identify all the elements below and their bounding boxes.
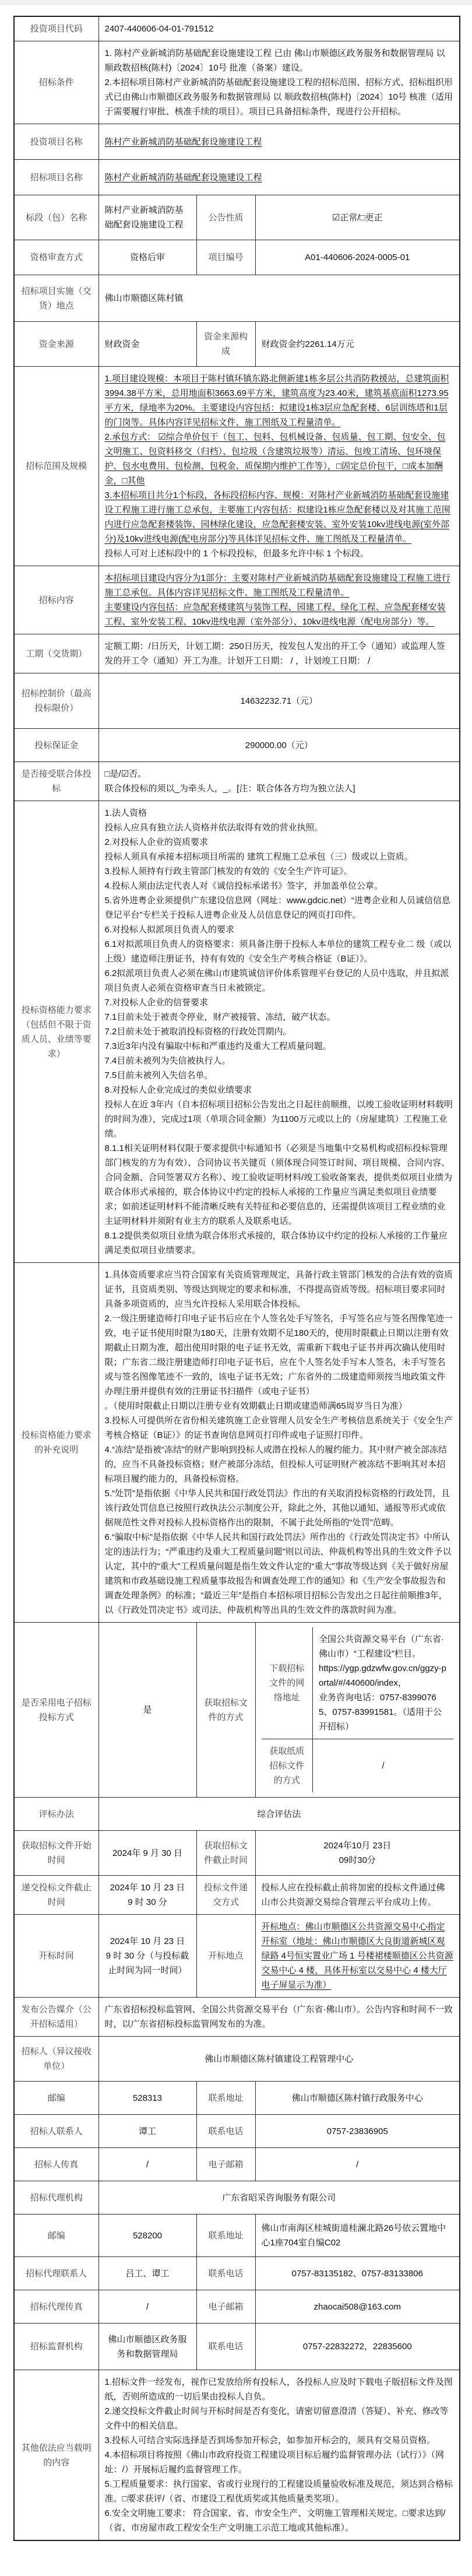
cell-text: 投标人须具有承接本招标项目所需的 建筑工程施工总承包（三）级或以上资质。 (105, 850, 454, 864)
value-tenderer-contact-person-2: 0757-23836905 (255, 2115, 460, 2148)
cell-text: 投标人应具有独立法人资格并依法取得有效的营业执照。 (105, 820, 454, 835)
cell-text: 5.省外进粤企业须提供广东建设信息网（网址：www.gdcic.net）“进粤企… (105, 893, 454, 922)
row-other-required-contents: 其他依法应当载明的内容1.招标文件一经发布，视作已发放给所有投标人，各投标人应及… (14, 2370, 460, 2541)
cell-text: ☑正常/□更正 (262, 210, 454, 225)
row-investment-project-code: 投资项目代码2407-440606-04-01-791512 (14, 16, 460, 41)
cell-text: 佛山市顺德区政务服务和数据管理局 (105, 2332, 191, 2361)
value-funding-source-2: 财政资金约2261.14万元 (255, 322, 460, 367)
cell-text: 投标人应在投标截止前将加密的投标文件通过佛山市公共资源交易综合管理云平台成功上传… (262, 1880, 454, 1910)
value-qualification-review-method-2: A01-440606-2024-0005-01 (255, 240, 460, 275)
row-agency-contact-person: 招标代理联系人吕工、谭工联系电话0757-83135182、0757-83133… (14, 2257, 460, 2290)
cell-text: 14632232.71（元） (105, 694, 454, 708)
row-tender-conditions: 招标条件1. 陈村产业新城消防基础配套设施建设工程 已由 佛山市顺德区政务服务和… (14, 41, 460, 124)
value-investment-project-code: 2407-440606-04-01-791512 (98, 16, 460, 41)
row-tenderer: 招标人（异议接收单位）佛山市顺德区陈村镇建设工程管理中心 (14, 2037, 460, 2082)
value-tenderer-contact-person: 谭工 (98, 2115, 196, 2148)
label-tender-supervision-authority: 招标监督机构 (14, 2324, 98, 2370)
label-qualification-review-method: 资格审查方式 (14, 240, 98, 275)
row-section-package-name: 标段（包）名称陈村产业新城消防基础配套设施建设工程公告性质☑正常/□更正 (14, 195, 460, 240)
label-electronic-bidding-2: 获取招标文件的方式 (196, 1623, 255, 1798)
cell-text: 财政资金 (105, 337, 191, 352)
cell-text: 528200 (105, 2228, 191, 2243)
label-section-package-name: 标段（包）名称 (14, 195, 98, 240)
label-tenderer-fax-2: 电子邮箱 (196, 2148, 255, 2181)
label-tenderer-postcode-2: 联系地址 (196, 2082, 255, 2115)
row-tenderer-contact-person: 招标人联系人谭工联系电话0757-23836905 (14, 2115, 460, 2148)
label-agency-postcode-2: 联系地址 (196, 2214, 255, 2257)
label-electronic-bidding: 是否采用电子招标投标方式 (14, 1623, 98, 1798)
label-tenderer-fax: 招标人传真 (14, 2148, 98, 2181)
cell-text: 1.具体资质要求应当符合国家有关资质管理规定，具备行政主管部门核发的合法有效的资… (105, 1268, 454, 1311)
value-bid-opening-time-2: 开标地点：佛山市顺德区公共资源交易中心指定开标室（地址：佛山市顺德区大良街道新城… (255, 1915, 460, 1998)
label-bid-submission-deadline-2: 投标文件递交方式 (196, 1876, 255, 1915)
label-tender-supervision-authority-2: 联系电话 (196, 2324, 255, 2370)
value-construction-period: 定额工期：/日历天，计划工期：250日历天，按发包人发出的开工令（通知）或监理人… (98, 634, 460, 673)
cell-text: 佛山市顺德区陈村镇 (105, 291, 454, 306)
row-agency-postcode: 邮编528200联系地址佛山市南海区桂城街道桂澜北路26号依云置地中心1座704… (14, 2214, 460, 2257)
cell-text: 1. 陈村产业新城消防基础配套设施建设工程 已由 佛山市顺德区政务服务和数据管理… (105, 46, 454, 75)
cell-text: 陈村产业新城消防基础配套设施建设工程 (105, 135, 454, 149)
cell-text: 0757-23836905 (262, 2124, 454, 2139)
cell-text: 。（使用时限截止日期以注册专业有效期截止日期或建造师满65周岁当日为准） (105, 1399, 454, 1413)
value-evaluation-method: 综合评估法 (98, 1798, 460, 1831)
cell-text: / (319, 1759, 448, 1773)
value-agency-postcode-2: 佛山市南海区桂城街道桂澜北路26号依云置地中心1座704室自编C02 (255, 2214, 460, 2257)
value-tender-scope-and-scale: 1.项目建设规模：本项目于陈村镇环镇东路北侧新建1栋多层公共消防救援站，总建筑面… (98, 367, 460, 566)
row-tender-content: 招标内容本招标项目建设内容分为1部分：主要对陈村产业新城消防基础配套设施建设工程… (14, 566, 460, 634)
cell-text: 3.投标人可提供所在省份相关建筑施工企业管理人员安全生产考核信息系统关于《安全生… (105, 1413, 454, 1443)
row-implementation-place: 招标项目实施（交货）地点佛山市顺德区陈村镇 (14, 275, 460, 322)
cell-text: 联合体投标的须以_为牵头人，_。[注：联合体各方均为独立法人] (105, 781, 454, 796)
value-investment-project-name: 陈村产业新城消防基础配套设施建设工程 (98, 124, 460, 160)
value-tenderer-fax: / (98, 2148, 196, 2181)
cell-text: 2.承包方式： ☑综合单价包干（包工、包料、包机械设备、包质量、包工期、包安全、… (105, 430, 454, 488)
cell-text: 1.项目建设规模：本项目于陈村镇环镇东路北侧新建1栋多层公共消防救援站，总建筑面… (105, 371, 454, 430)
row-bid-submission-deadline: 递交投标文件截止时间2024年 10 月 23 日9 时 30 分投标文件递交方… (14, 1876, 460, 1915)
label-investment-project-code: 投资项目代码 (14, 16, 98, 41)
cell-text: 2024年 10 月 23 日 (105, 1934, 191, 1949)
cell-text: 广东省招标投标监管网、全国公共资源交易平台（广东省·佛山市）。公告内容和时间不一… (105, 2002, 454, 2031)
row-investment-project-name: 投资项目名称陈村产业新城消防基础配套设施建设工程 (14, 124, 460, 160)
value-tender-supervision-authority: 佛山市顺德区政务服务和数据管理局 (98, 2324, 196, 2370)
cell-text: 投标人在近 3年内（自本招标项目招标公告发出之日起往前顺推，以竣工验收证明材料载… (105, 1097, 454, 1141)
value-paper-document-method: / (313, 1739, 454, 1793)
label-agency-contact-person-2: 联系电话 (196, 2257, 255, 2290)
cell-text: 6.2拟派项目负责人必须在佛山市建筑诚信评价体系管理平台登记的人员中选取，并且拟… (105, 966, 454, 995)
cell-text: 528313 (105, 2091, 191, 2105)
label-tenderer-contact-person: 招标人联系人 (14, 2115, 98, 2148)
cell-text: 业务咨询电话：0757-83990765、0757-83991581。（适用于公… (319, 1690, 448, 1734)
row-evaluation-method: 评标办法综合评估法 (14, 1798, 460, 1831)
announcement-table: 投资项目代码2407-440606-04-01-791512招标条件1. 陈村产… (13, 16, 460, 2541)
cell-text: 6.安全文明施工要求： 符合国家、省、市安全生产、文明施工管理相关规定。□要求达… (105, 2506, 454, 2535)
cell-text: 9 时 30 分 (105, 1895, 191, 1910)
label-tenderer-contact-person-2: 联系电话 (196, 2115, 255, 2148)
row-bid-opening-time: 开标时间2024年 10 月 23 日9 时 30 分（与投标截止时间为同一时间… (14, 1915, 460, 1998)
value-electronic-bidding: 是 (98, 1623, 196, 1798)
label-bid-submission-deadline: 递交投标文件截止时间 (14, 1876, 98, 1915)
value-agency-contact-person: 吕工、谭工 (98, 2257, 196, 2290)
cell-text: 2024年10月 23日 (262, 1838, 454, 1853)
value-tender-conditions: 1. 陈村产业新城消防基础配套设施建设工程 已由 佛山市顺德区政务服务和数据管理… (98, 41, 460, 124)
cell-text: 佛山市顺德区陈村镇建设工程管理中心 (105, 2052, 454, 2066)
row-electronic-bidding: 是否采用电子招标投标方式是获取招标文件的方式下载招标文件的网络地址全国公共资源交… (14, 1623, 460, 1798)
announcement-table-body: 投资项目代码2407-440606-04-01-791512招标条件1. 陈村产… (14, 16, 460, 2540)
value-tender-agency: 广东省昭采咨询服务有限公司 (98, 2181, 460, 2214)
cell-text: 2.一级注册建造师打印电子证书后应在个人签名处手写签名，手写签名应与签名图像笔迹… (105, 1311, 454, 1399)
row-tender-agency: 招标代理机构广东省昭采咨询服务有限公司 (14, 2181, 460, 2214)
cell-text: 综合评估法 (105, 1807, 454, 1822)
cell-text: 8.1.2提供类似项目业绩为联合体形式承接的，联合体协议中约定的投标人承接的工作… (105, 1229, 454, 1258)
label-tender-content: 招标内容 (14, 566, 98, 634)
label-agency-fax-2: 电子邮箱 (196, 2290, 255, 2324)
cell-text: 陈村产业新城消防基础配套设施建设工程 (105, 170, 454, 185)
row-announcement-media: 发布公告媒介（公开招标适用）广东省招标投标监管网、全国公共资源交易平台（广东省·… (14, 1998, 460, 2037)
cell-text: 本招标项目建设内容分为1部分：主要对陈村产业新城消防基础配套设施建设工程施工进行… (105, 571, 454, 600)
label-document-obtain-start-time: 获取招标文件开始时间 (14, 1831, 98, 1876)
cell-text: 开标地点：佛山市顺德区公共资源交易中心指定开标室（地址：佛山市顺德区大良街道新城… (262, 1919, 454, 1992)
cell-text: 7.5目前未被列入失信名单。 (105, 1068, 454, 1083)
value-implementation-place: 佛山市顺德区陈村镇 (98, 275, 460, 322)
cell-text: 广东省昭采咨询服务有限公司 (105, 2191, 454, 2205)
row-tender-project-name: 招标项目名称陈村产业新城消防基础配套设施建设工程 (14, 160, 460, 195)
cell-text: 定额工期：/日历天，计划工期：250日历天，按发包人发出的开工令（通知）或监理人… (105, 639, 454, 668)
value-section-package-name-2: ☑正常/□更正 (255, 195, 460, 240)
row-bid-bond: 投标保证金290000.00（元） (14, 729, 460, 762)
value-bidder-qualification-requirements: 1.法人资格投标人应具有独立法人资格并依法取得有效的营业执照。2.对投标人企业的… (98, 801, 460, 1263)
label-announcement-media: 发布公告媒介（公开招标适用） (14, 1998, 98, 2037)
cell-text: □是/☑否。 (105, 767, 454, 781)
label-agency-fax: 招标代理传真 (14, 2290, 98, 2324)
row-paper-document-method: 获取纸质招标文件的方式/ (262, 1739, 454, 1793)
cell-text: A01-440606-2024-0005-01 (262, 250, 454, 265)
label-funding-source: 资金来源 (14, 322, 98, 367)
value-agency-postcode: 528200 (98, 2214, 196, 2257)
cell-text: 1.招标文件一经发布，视作已发放给所有投标人，各投标人应及时下载电子版招标文件及… (105, 2375, 454, 2404)
row-tender-scope-and-scale: 招标范围及规模1.项目建设规模：本项目于陈村镇环镇东路北侧新建1栋多层公共消防救… (14, 367, 460, 566)
cell-text: 9 时 30 分（与投标截 (105, 1949, 191, 1963)
cell-text: 财政资金约2261.14万元 (262, 337, 454, 352)
cell-text: 2024年 10 月 23 日 (105, 1880, 191, 1895)
label-bid-opening-time: 开标时间 (14, 1915, 98, 1998)
cell-text: 5.“处罚”是指依据《中华人民共和国行政处罚法》作出的有关取消投标资格的行政处罚… (105, 1486, 454, 1530)
value-document-obtain-start-time-2: 2024年10月 23日09时30分 (255, 1831, 460, 1876)
cell-text: 3.本招标项目共分1个标段，各标段招标内容、规模：对陈村产业新城消防基础配套设施… (105, 488, 454, 546)
cell-text: 2.本招标项目陈村产业新城消防基础配套设施建设工程的招标范围、招标方式、招标组织… (105, 75, 454, 119)
label-tender-conditions: 招标条件 (14, 41, 98, 124)
label-tender-agency: 招标代理机构 (14, 2181, 98, 2214)
label-tenderer: 招标人（异议接收单位） (14, 2037, 98, 2082)
cell-text: zhaocai508@163.com (262, 2300, 454, 2314)
label-agency-postcode: 邮编 (14, 2214, 98, 2257)
value-download-address: 全国公共资源交易平台（广东省·佛山市）“工程建设”栏目。https://ygp.… (313, 1627, 454, 1739)
label-tender-project-name: 招标项目名称 (14, 160, 98, 195)
label-construction-period: 工期（交货期） (14, 634, 98, 673)
row-agency-fax: 招标代理传真/电子邮箱zhaocai508@163.com (14, 2290, 460, 2324)
cell-text: 2.递交投标文件截止时间与开标时间是否有变化，请密切留意澄清（答疑）、补充、修改… (105, 2404, 454, 2433)
row-consortium-bidding: 是否接受联合体投标□是/☑否。联合体投标的须以_为牵头人，_。[注：联合体各方均… (14, 762, 460, 801)
value-funding-source: 财政资金 (98, 322, 196, 367)
cell-text: 8.1.1相关证明材料仅限于要求提供中标通知书（必须是当地集中交易机构或招标投标… (105, 1141, 454, 1229)
cell-text: 4.“冻结”是指被“冻结”的财产影响到投标人或潜在投标人的履约能力。其中财产被全… (105, 1443, 454, 1486)
page-top-strip (0, 0, 472, 5)
cell-text: 佛山市南海区桂城街道桂澜北路26号依云置地中心1座704室自编C02 (262, 2221, 454, 2250)
label-bidder-qualification-requirements: 投标资格能力要求（包括但不限于资质人员、业绩等要求） (14, 801, 98, 1263)
label-paper-document-method: 获取纸质招标文件的方式 (262, 1739, 313, 1793)
value-tender-content: 本招标项目建设内容分为1部分：主要对陈村产业新城消防基础配套设施建设工程施工进行… (98, 566, 460, 634)
value-consortium-bidding: □是/☑否。联合体投标的须以_为牵头人，_。[注：联合体各方均为独立法人] (98, 762, 460, 801)
value-document-obtain-start-time: 2024年 9 月 30 日 (98, 1831, 196, 1876)
label-tender-control-price: 招标控制价（最高投标限价） (14, 673, 98, 729)
label-bid-opening-time-2: 开标地点 (196, 1915, 255, 1998)
cell-text: 7.4目前未被列为失信被执行人。 (105, 1054, 454, 1068)
label-bid-bond: 投标保证金 (14, 729, 98, 762)
cell-text: 资格后审 (105, 250, 191, 265)
value-tenderer-postcode-2: 佛山市顺德区陈村镇行政服务中心 (255, 2082, 460, 2115)
cell-text: 7.3近3年内没有骗取中标和严重违约及重大工程质量问题。 (105, 1039, 454, 1054)
cell-text: 5.工程质量要求：执行国家、省或行业现行的工程建设质量验收标准及规范，须达到合格… (105, 2477, 454, 2506)
cell-text: 0757-83135182、0757-83133806 (262, 2266, 454, 2281)
nested-electronic-bidding: 下载招标文件的网络地址全国公共资源交易平台（广东省·佛山市）“工程建设”栏目。h… (255, 1623, 460, 1798)
cell-text: 6.1对拟派项目负责人的资格要求：须具备注册于投标人本单位的建筑工程专业二 级（… (105, 937, 454, 966)
label-other-required-contents: 其他依法应当载明的内容 (14, 2370, 98, 2541)
value-tender-control-price: 14632232.71（元） (98, 673, 460, 729)
value-qualification-review-method: 资格后审 (98, 240, 196, 275)
cell-text: 09时30分 (262, 1853, 454, 1868)
value-agency-fax-2: zhaocai508@163.com (255, 2290, 460, 2324)
cell-text: 7.对投标人企业的信誉要求 (105, 995, 454, 1010)
label-document-obtain-start-time-2: 获取招标文件截止时间 (196, 1831, 255, 1876)
cell-text: 7.1目前未处于被责令停业，财产被接管、冻结，破产状态。 (105, 1010, 454, 1024)
cell-text: 主要建设内容包括：应急配套楼建筑与装饰工程、园建工程、绿化工程、应急配套楼安装工… (105, 600, 454, 629)
label-evaluation-method: 评标办法 (14, 1798, 98, 1831)
cell-text: 佛山市顺德区陈村镇行政服务中心 (262, 2091, 454, 2105)
label-qualification-review-method-2: 项目编号 (196, 240, 255, 275)
cell-text: 4.本招标项目将按照《佛山市政府投资工程建设项目标后履约监督管理办法（试行）》（… (105, 2448, 454, 2477)
inner-table-electronic-bidding: 下载招标文件的网络地址全国公共资源交易平台（广东省·佛山市）“工程建设”栏目。h… (262, 1627, 454, 1792)
row-tenderer-postcode: 邮编528313联系地址佛山市顺德区陈村镇行政服务中心 (14, 2082, 460, 2115)
cell-text: 谭工 (105, 2124, 191, 2139)
cell-text: 是 (105, 1703, 191, 1717)
cell-text: 2407-440606-04-01-791512 (105, 22, 454, 36)
value-agency-fax: / (98, 2290, 196, 2324)
cell-text: 吕工、谭工 (105, 2266, 191, 2281)
value-tenderer-postcode: 528313 (98, 2082, 196, 2115)
row-tender-control-price: 招标控制价（最高投标限价）14632232.71（元） (14, 673, 460, 729)
cell-text: 止时间为同一时间） (105, 1963, 191, 1978)
value-agency-contact-person-2: 0757-83135182、0757-83133806 (255, 2257, 460, 2290)
cell-text: 2.对投标人企业的资质要求 (105, 835, 454, 850)
row-construction-period: 工期（交货期）定额工期：/日历天，计划工期：250日历天，按发包人发出的开工令（… (14, 634, 460, 673)
label-download-address: 下载招标文件的网络地址 (262, 1627, 313, 1739)
label-section-package-name-2: 公告性质 (196, 195, 255, 240)
row-document-obtain-start-time: 获取招标文件开始时间2024年 9 月 30 日获取招标文件截止时间2024年1… (14, 1831, 460, 1876)
label-funding-source-2: 资金来源构成 (196, 322, 255, 367)
label-implementation-place: 招标项目实施（交货）地点 (14, 275, 98, 322)
cell-text: 7.2目前未处于被取消投标资格的行政处罚期内。 (105, 1024, 454, 1039)
label-tenderer-postcode: 邮编 (14, 2082, 98, 2115)
cell-text: 投标人可对上述标段中的 1 个标段投标，但最多允许中标 1 个标段。 (105, 546, 454, 561)
row-qualification-review-method: 资格审查方式资格后审项目编号A01-440606-2024-0005-01 (14, 240, 460, 275)
row-funding-source: 资金来源财政资金资金来源构成财政资金约2261.14万元 (14, 322, 460, 367)
cell-text: 6.“骗取中标”是指依据《中华人民共和国行政处罚法》所作出的《行政处罚决定书》中… (105, 1530, 454, 1617)
cell-text: 6.对投标人拟派项目负责人的要求 (105, 922, 454, 937)
cell-text: 1.法人资格 (105, 806, 454, 820)
label-investment-project-name: 投资项目名称 (14, 124, 98, 160)
row-tender-supervision-authority: 招标监督机构佛山市顺德区政务服务和数据管理局联系电话0757-22832272，… (14, 2324, 460, 2370)
label-consortium-bidding: 是否接受联合体投标 (14, 762, 98, 801)
cell-text: 3.投标人可结合实际选择是否到场参加开标会，如参加开标会的，须具有交易员资格。 (105, 2433, 454, 2448)
label-qualification-supplementary-notes: 投标资格能力要求的补充说明 (14, 1263, 98, 1623)
value-section-package-name: 陈村产业新城消防基础配套设施建设工程 (98, 195, 196, 240)
value-tenderer-fax-2: / (255, 2148, 460, 2181)
announcement-wrapper: 投资项目代码2407-440606-04-01-791512招标条件1. 陈村产… (0, 5, 472, 2576)
value-bid-bond: 290000.00（元） (98, 729, 460, 762)
label-tender-scope-and-scale: 招标范围及规模 (14, 367, 98, 566)
cell-text: 0757-22832272，22835600 (262, 2339, 454, 2354)
value-qualification-supplementary-notes: 1.具体资质要求应当符合国家有关资质管理规定，具备行政主管部门核发的合法有效的资… (98, 1263, 460, 1623)
value-bid-submission-deadline: 2024年 10 月 23 日9 时 30 分 (98, 1876, 196, 1915)
value-announcement-media: 广东省招标投标监管网、全国公共资源交易平台（广东省·佛山市）。公告内容和时间不一… (98, 1998, 460, 2037)
row-bidder-qualification-requirements: 投标资格能力要求（包括但不限于资质人员、业绩等要求）1.法人资格投标人应具有独立… (14, 801, 460, 1263)
value-tenderer: 佛山市顺德区陈村镇建设工程管理中心 (98, 2037, 460, 2082)
cell-text: https://ygp.gdzwfw.gov.cn/ggzy-portal/#/… (319, 1661, 448, 1690)
value-tender-project-name: 陈村产业新城消防基础配套设施建设工程 (98, 160, 460, 195)
cell-text: 8.对投标人企业完成过的类似业绩要求 (105, 1083, 454, 1097)
row-download-address: 下载招标文件的网络地址全国公共资源交易平台（广东省·佛山市）“工程建设”栏目。h… (262, 1627, 454, 1739)
row-tenderer-fax: 招标人传真/电子邮箱/ (14, 2148, 460, 2181)
cell-text: 陈村产业新城消防基础配套设施建设工程 (105, 203, 191, 232)
cell-text: 2024年 9 月 30 日 (105, 1846, 191, 1861)
cell-text: / (105, 2300, 191, 2314)
row-qualification-supplementary-notes: 投标资格能力要求的补充说明1.具体资质要求应当符合国家有关资质管理规定，具备行政… (14, 1263, 460, 1623)
value-bid-submission-deadline-2: 投标人应在投标截止前将加密的投标文件通过佛山市公共资源交易综合管理云平台成功上传… (255, 1876, 460, 1915)
cell-text: 290000.00（元） (105, 738, 454, 753)
value-other-required-contents: 1.招标文件一经发布，视作已发放给所有投标人，各投标人应及时下载电子版招标文件及… (98, 2370, 460, 2541)
value-bid-opening-time: 2024年 10 月 23 日9 时 30 分（与投标截止时间为同一时间） (98, 1915, 196, 1998)
label-agency-contact-person: 招标代理联系人 (14, 2257, 98, 2290)
cell-text: 4.投标人须由法定代表人对《诚信投标承诺书》签字，并加盖单位公章。 (105, 879, 454, 893)
cell-text: / (262, 2157, 454, 2172)
value-tender-supervision-authority-2: 0757-22832272，22835600 (255, 2324, 460, 2370)
cell-text: 3.投标人须持有行政主管部门核发的有效的《安全生产许可证》。 (105, 864, 454, 879)
cell-text: / (105, 2157, 191, 2172)
cell-text: 全国公共资源交易平台（广东省·佛山市）“工程建设”栏目。 (319, 1632, 448, 1661)
